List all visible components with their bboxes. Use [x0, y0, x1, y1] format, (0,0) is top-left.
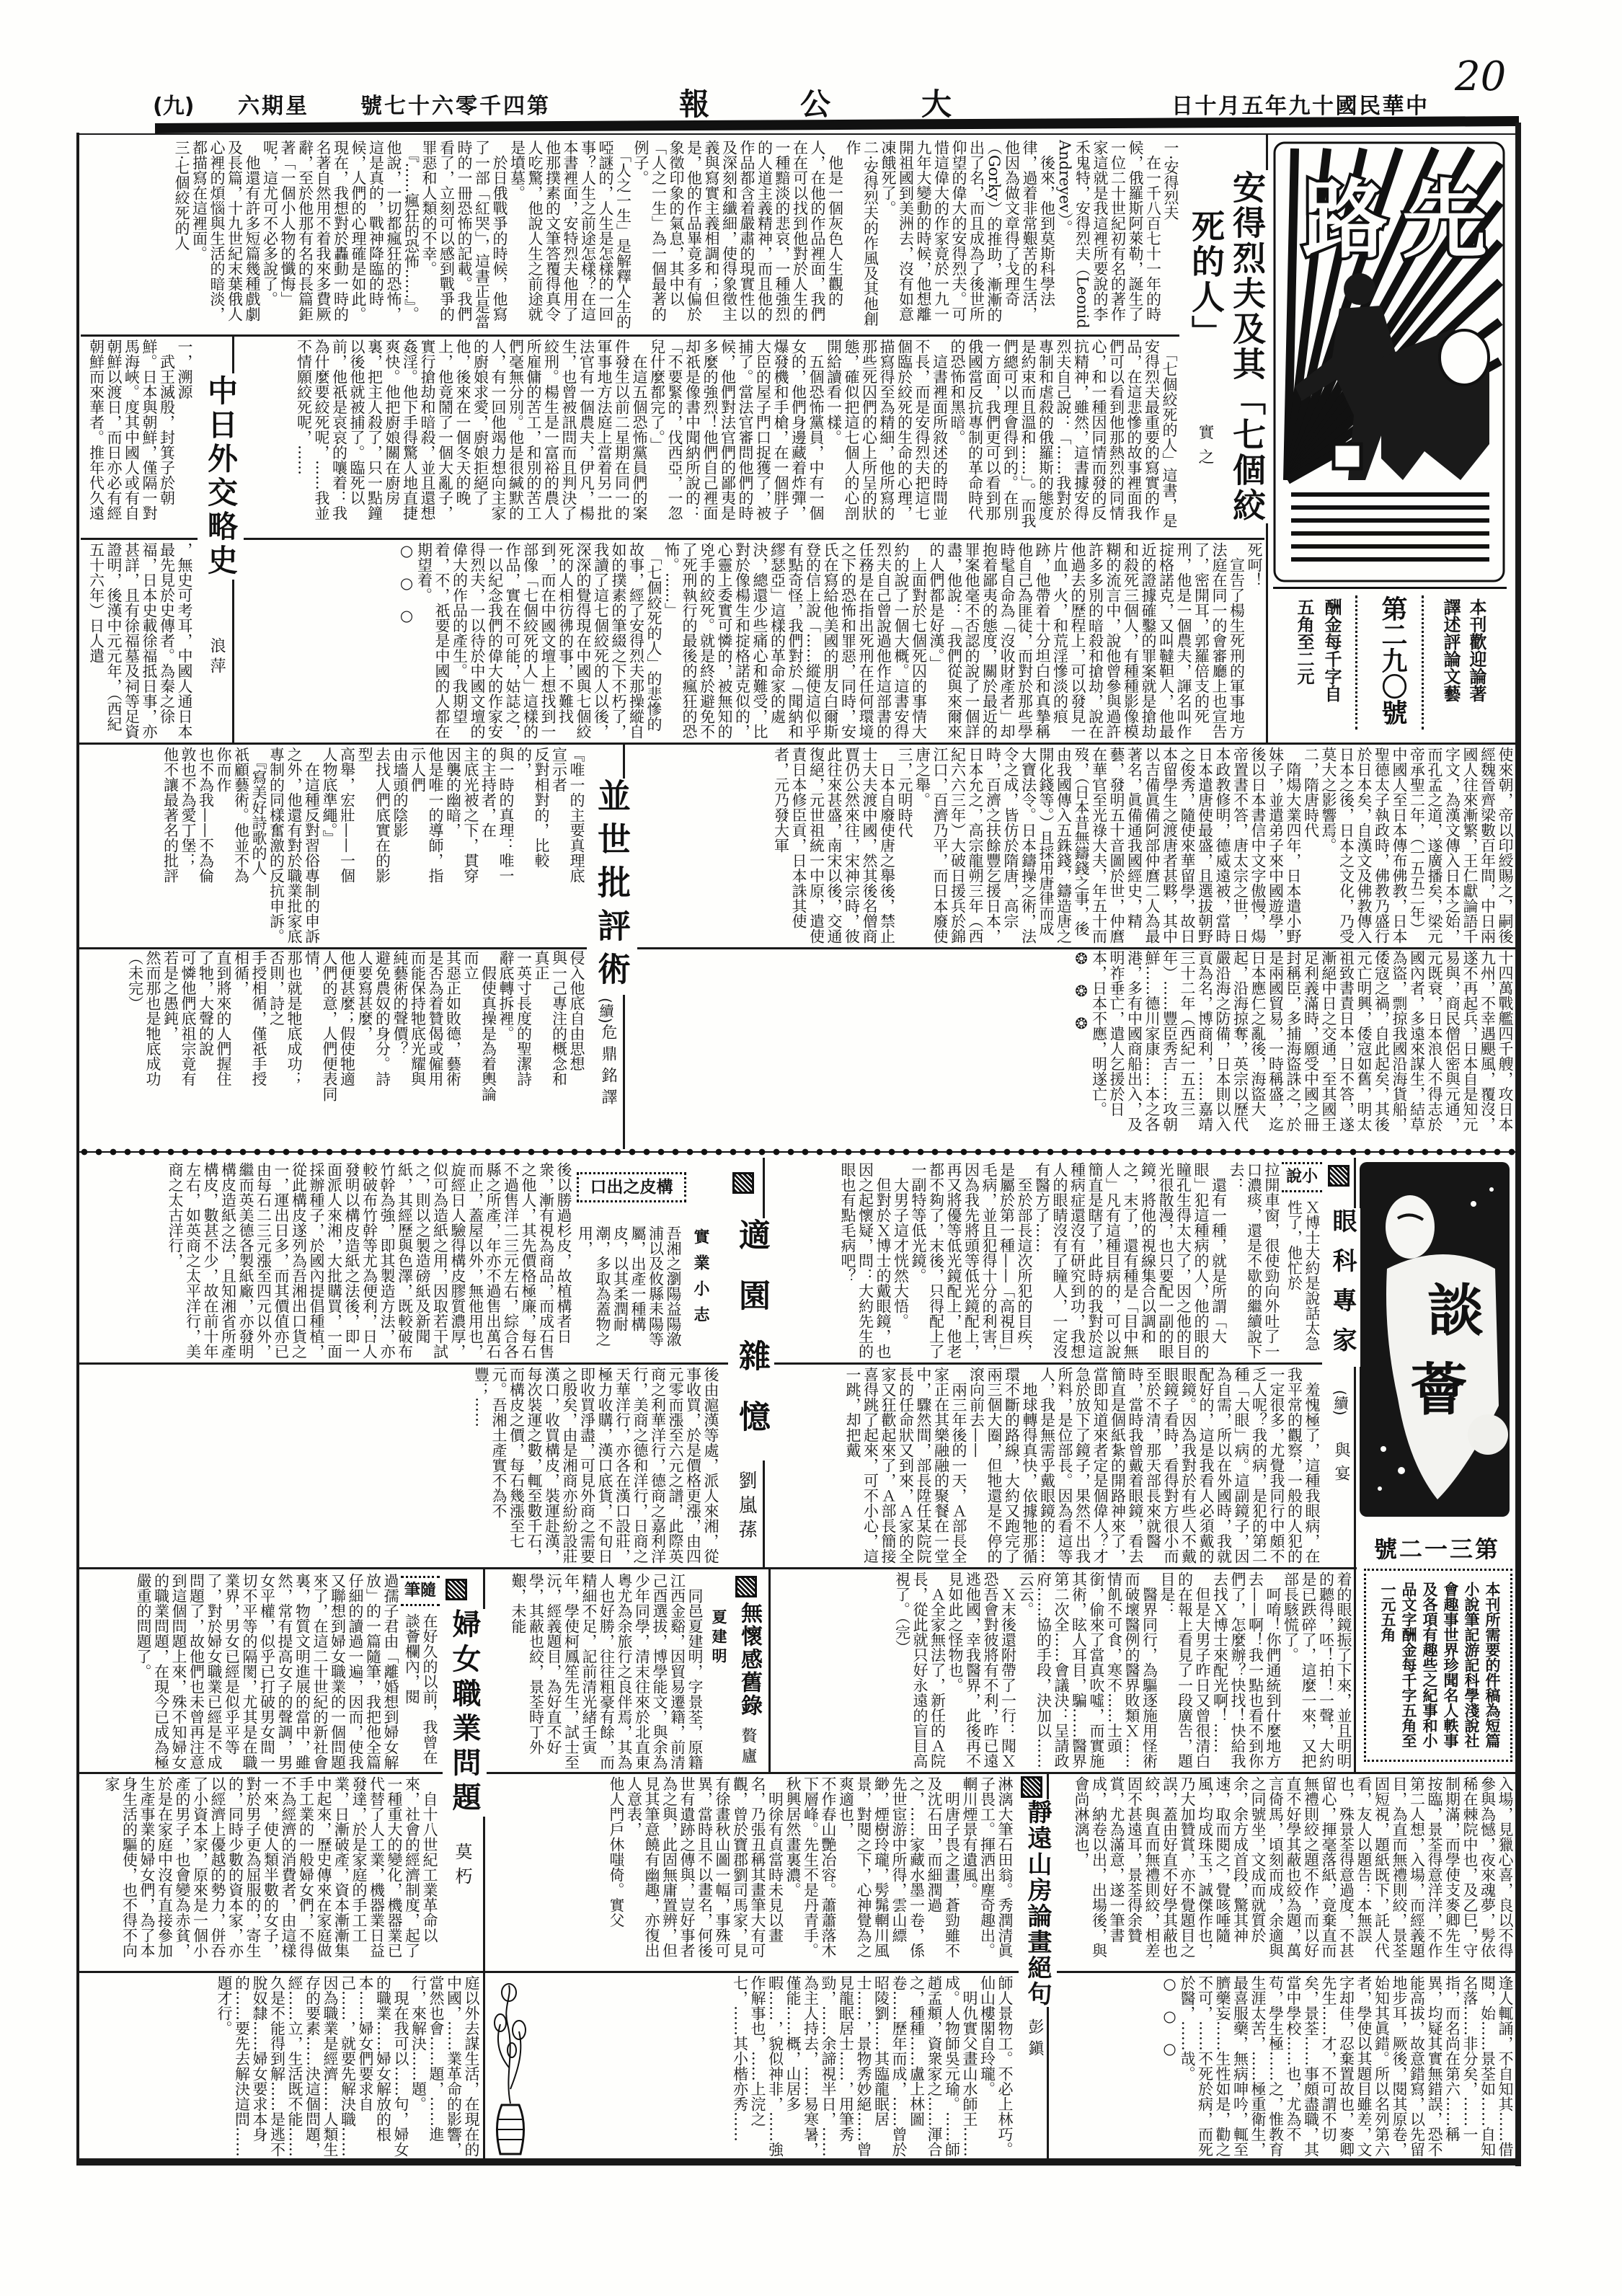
article-body: 侵入他底自由思想 與一己專注的概念和 真正 一英寸長度的聖潔詩 辭底轉拆裡。 假… — [82, 950, 585, 1146]
divider — [768, 1569, 771, 1773]
banner-char-lu: 路 — [1303, 170, 1388, 270]
banner-char-hui: 薈 — [1411, 1358, 1467, 1423]
article-body: 一，溯源 武王滅殷，封箕子於朝鮮。日本與朝鮮，僅隔一對馬海峽。度其中國人或有自朝… — [82, 339, 193, 535]
memoir-subhead: 夏建明 — [708, 1609, 730, 1667]
issue-number: 第四千零六十七號 — [360, 88, 551, 120]
memoir-body: 同邑夏建明，字景荃，原籍江西金谿，因貿易遷籍，前清己酉選拔，博學能文，與余為少年… — [487, 1573, 704, 1770]
genre-label: 小說 — [1282, 1162, 1322, 1192]
genre-label: 隨筆 — [401, 1576, 440, 1606]
page-border-bottom — [76, 2158, 1521, 2166]
essay-body: 過孺子君由「離婚想到婦女解放」的一篇隨筆，我把他全篇仔細的讀過一遍，因而，使我又… — [82, 1573, 399, 1770]
story-byline: 與宴 — [1330, 1442, 1352, 1488]
essay-title: 婦女職業問題 — [443, 1609, 487, 1817]
section-marker-icon — [732, 1172, 754, 1194]
weekday: 星期六 — [238, 88, 309, 120]
section-marker-icon — [1328, 1165, 1350, 1187]
section-label: 實業小志 — [689, 1228, 712, 1332]
article-title: 安得烈夫及其「七個絞 — [1223, 170, 1271, 523]
column-body: 後以勝過杉皮，故植構者日衆，漸有視為商品，而成石售之他人，其先價格極廉，每石不過… — [82, 1162, 572, 1360]
poems-body: 淋漓大筆石田翁。秀潤清眞子畏工。揮洒出塵奇趣出。輞川煙景有遺風。 明唐子畏之畫，… — [489, 1776, 1014, 1968]
poems-title: 靜遠山房論畫絕句 — [1019, 1799, 1057, 2007]
essay-body: 在好久的以前，我曾在談薈欄內，閱 — [401, 1613, 438, 1770]
paper-name-char-da: 大 — [921, 81, 952, 124]
section-marker-icon — [735, 1576, 757, 1597]
ornamental-divider — [79, 1148, 1517, 1156]
article-body: 「七個絞死的人」這書，是安得烈夫最重要的寫實的作品，在這悲慘的故事裡面我們可以看… — [236, 339, 1178, 535]
xianlu-issue-number: 第二九〇號 — [1374, 595, 1411, 725]
divider — [81, 334, 1179, 337]
wavy-separator — [1422, 595, 1424, 730]
tanhui-issue-number: 第三一二號 — [1374, 1531, 1500, 1564]
divider — [79, 1362, 1322, 1365]
page-label: (九) — [153, 88, 194, 120]
story-body: 着的眼鏡振了下來，並且明明的聽得，呸！拍！一聲，大約是已跌碎了，這麼一來，又把部… — [773, 1572, 1352, 1769]
memoir-body: 入場，見獵心喜，良以不得參與為憾，夜來魂夢，髣依稀在棘院中也，及乙巳，守制期滿，… — [1050, 1776, 1514, 1968]
story-body: 羞愧極了，這種我眼病，在我平常的觀察，一般的人犯的一定很多，尤覺我同行中頗不乏人… — [767, 1367, 1321, 1564]
xianlu-banner-illustration: 先 路 — [1273, 141, 1505, 582]
essay-byline: 莫朽 — [450, 1843, 475, 1892]
essay-body: 庭以外去謀生活，在現在的中國，……業革命的影響，當然也會……題，……進行，來解決… — [82, 1975, 480, 2157]
masthead-thin-rule — [78, 133, 1520, 135]
handwritten-page-number: 20 — [1455, 53, 1506, 100]
topic-label: 構皮之出口 — [577, 1172, 686, 1202]
memoir-body: 逢人輒誦，不自知其……借閱，始……景荃如……自知名落……非分矣，……一指，而名尚… — [1050, 1975, 1514, 2157]
paper-name-char-bao: 報 — [679, 81, 709, 124]
article-byline: 危鼎銘譯 — [597, 1024, 619, 1110]
banner-char-xian: 先 — [1402, 170, 1487, 270]
banner-char-tan: 談 — [1427, 1279, 1484, 1344]
section-divider — [79, 743, 1517, 745]
article-title: 中日外交略史 — [198, 373, 244, 580]
poems-byline: 彭鎭 — [1024, 2018, 1046, 2062]
column-byline: 劉嵐蓀 — [733, 1471, 760, 1544]
article-body: 死呵！ 宣告了楊生死刑的軍事地方法庭在同一的會審廳上也宣告了，密開耳，郭羅倍支的… — [236, 542, 1263, 740]
story-title: 眼科專家 — [1325, 1208, 1360, 1367]
memoir-byline: 贅廬 — [737, 1727, 759, 1768]
divider — [79, 947, 1517, 949]
publication-date: 中華民國十九年五月十日 — [1171, 88, 1430, 120]
section-marker-icon — [446, 1579, 467, 1600]
continued-mark: (續) — [595, 998, 616, 1024]
article-title: 並世批評術 — [587, 779, 637, 995]
memoir-title: 無懷感舊錄 — [733, 1602, 765, 1717]
column-title: 適園雜憶 — [728, 1218, 774, 1461]
article-body: 十四萬戰艦四千艘，攻日本九州，不幸遇颶風，覆沒，遂不再起兵，日本自是知元易與，商… — [626, 950, 1514, 1146]
continued-mark: (續) — [1330, 1390, 1351, 1416]
tanhui-banner-illustration: 談 薈 — [1358, 1161, 1511, 1518]
article-body: 一·安得烈夫 在一千八百七十一年的時候，俄羅斯阿萊勒，誕生了一位二十世紀初有名的… — [82, 140, 1179, 333]
xianlu-fee-text: 酬金每千字自 五角至二元 — [1289, 598, 1345, 730]
article-body: 使來朝，帝以印綬賜之，嗣後經魏晉齊梁數百年間，中日兩國人往來漸繁，王仁獻論語千字… — [626, 747, 1514, 944]
divider — [79, 1971, 1517, 1973]
tanhui-notice-text: 本刊所需要的件稿為短篇小說筆記游記科學淺說社會趣事世界珍聞名人軼事及各項有趣些之… — [1374, 1582, 1502, 1752]
article-byline: 浪萍 — [205, 637, 228, 678]
article-body: 『唯一的主要真理底 宣示者 反對相對的，比較 的， 與一時的真理：唯一 的主持者… — [82, 747, 585, 944]
divider — [79, 1772, 1517, 1774]
story-body: Ｘ博士大約是說話太急性了，他忙於 — [1283, 1200, 1321, 1360]
column-body: 後由滬漢等處，派人來湘，從事收買，於是價格更漲，由四元零而漲至六元之譜，此際英商… — [82, 1367, 719, 1564]
article-title-cont: 死的人」 — [1182, 209, 1230, 350]
poems-body: 師人景物工。不必上林巧。仙山樓閣自玲瓏。 明仇實父畫山水師王……成。人物師吳元瑜… — [535, 1975, 1014, 2157]
flower-vase-ornament — [490, 1981, 531, 2157]
xianlu-notice-text: 本刊歡迎論著 譯述評論文藝 — [1436, 598, 1489, 730]
divider — [81, 538, 1264, 540]
divider — [79, 1567, 1357, 1569]
story-body: 拉開車窗，很使勁向外吐了一口濃痰，還是不歇的繼續說下去： 還有一種，就是所謂「大… — [767, 1162, 1280, 1360]
article-body: ，無史可考耳，中國人通日本最先見於史傳者。為秦之徐福，日本史載徐福抵日事，亦甚詳… — [82, 542, 193, 740]
essay-body: 自十八世紀工業革命以來，社會的經濟制度，起了一種重大的變化，機器業已代替了人工業… — [82, 1776, 438, 1968]
section-marker-icon — [1021, 1776, 1042, 1798]
page-border-right — [1515, 123, 1521, 2166]
paper-name-char-gong: 公 — [800, 81, 830, 124]
wavy-separator — [1355, 595, 1357, 730]
column-body: 吾湘之瀏陽益陽漵浦以及攸縣耒陽等屬，出產一種構皮，以其柔潤耐潮，多取為蓋物之用， — [574, 1225, 682, 1361]
masthead-rule — [155, 116, 1519, 133]
article-byline: 實之 — [1194, 424, 1216, 473]
newspaper-page: (九) 星期六 第四千零六十七號 報 公 大 中華民國十九年五月十日 20 — [0, 0, 1622, 2296]
